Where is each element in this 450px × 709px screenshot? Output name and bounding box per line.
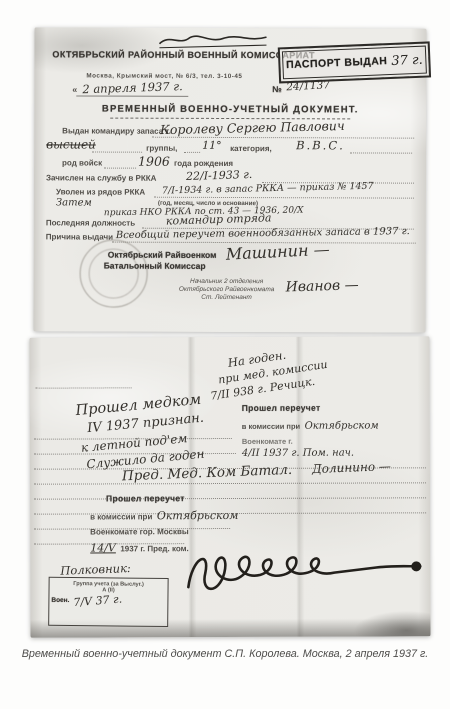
issued-label: Выдан командиру запаса т. (62, 126, 171, 135)
number-sign: № (272, 84, 282, 94)
commissar-signature: Машинин — (225, 240, 330, 264)
dotted-leader (36, 387, 132, 388)
position-value: командир отряда (166, 211, 272, 227)
birth-year: 1906 (138, 154, 170, 169)
acct-stamp-line-3: Воен. (51, 597, 69, 604)
clerk-title-3: Ст. Лейтенант (164, 294, 290, 302)
discharged-value: 7/I-1934 г. в запас РККА — приказ № 1457 (162, 181, 374, 197)
recount1-line2: в комиссии при (242, 422, 300, 431)
dotted-leader (152, 137, 414, 139)
signature-flourish (180, 534, 430, 607)
recount2-date: 1937 г. Пред. ком. (120, 544, 188, 553)
passport-stamp-text: ПАСПОРТ ВЫДАН (286, 55, 388, 71)
position-label: Последняя должность (46, 218, 135, 227)
date-underline (76, 95, 188, 96)
photo-caption: Временный военно-учетный документ С.П. К… (0, 648, 450, 660)
passport-stamp: ПАСПОРТ ВЫДАН 37 г. (278, 41, 431, 83)
commissar-title: Октябрьский Райвоенком (108, 250, 217, 260)
category-value: 11° (202, 139, 222, 152)
recount2-date-hand: 14/V (90, 541, 116, 554)
number-handwritten: 24/1137 (286, 79, 330, 93)
ink-scribble (154, 32, 274, 50)
enlisted-label: Зачислен на службу в РККА (46, 173, 156, 182)
acct-stamp-hand: 7/V 37 г. (73, 592, 123, 609)
document-front: ОКТЯБРЬСКИЙ РАЙОННЫЙ ВОЕННЫЙ КОМИССАРИАТ… (33, 27, 426, 332)
troops-label: род войск (62, 158, 102, 167)
recount1-line3: Военкомате г. (242, 436, 391, 446)
recount2-title: Прошел переучет (106, 493, 238, 503)
recount-block-1: Прошел переучет в комиссии при Октябрьск… (242, 402, 391, 475)
document-title: ВРЕМЕННЫЙ ВОЕННО-УЧЕТНЫЙ ДОКУМЕНТ. (34, 103, 426, 115)
birth-label: года рождения (174, 159, 233, 168)
commissariat-header: ОКТЯБРЬСКИЙ РАЙОННЫЙ ВОЕННЫЙ КОМИССАРИАТ (52, 49, 315, 60)
medical-note: Прошел медком IV 1937 признан. к летной … (75, 392, 208, 472)
accounting-stamp: Группа учета (за Выслуг.) А (II) Воен. 7… (48, 577, 169, 627)
clerk-signature: Иванов — (285, 277, 358, 295)
dotted-leader (92, 152, 142, 153)
dotted-leader (34, 482, 426, 484)
issued-value: Королеву Сергею Павлович (160, 118, 345, 137)
group-label: группы, (146, 144, 177, 153)
clerk-title-2: Октябрьского Райвоенкомата (164, 286, 290, 294)
dotted-leader (184, 152, 200, 153)
document-back: На годен. при мед. комиссии 7/II 938 г. … (29, 336, 430, 637)
passport-stamp-year: 37 г. (391, 52, 423, 68)
recount1-line2-hand: Октябрьском (305, 420, 379, 431)
recount1-title: Прошел переучет (242, 402, 391, 413)
enlisted-value: 22/I-1933 г. (186, 168, 253, 183)
recount2-line2: в комиссии при (90, 512, 152, 521)
fitness-note: На годен. при мед. комиссии 7/II 938 г. … (227, 342, 330, 400)
commissar-rank: Батальонный Комиссар (104, 261, 206, 271)
dotted-leader (154, 197, 414, 199)
date-handwritten: 2 апреля 1937 г. (82, 79, 183, 96)
discharged-label: Уволен из рядов РККА (56, 187, 145, 196)
dotted-leader (350, 152, 412, 153)
recount1-date: 4/II 1937 г. Пом. нач. (242, 447, 391, 459)
service-value: В.В.С. (296, 138, 345, 152)
clerk-title-block: Начальник 2 отделения Октябрьского Райво… (164, 278, 290, 302)
category-label: категория, (230, 144, 272, 153)
group-hand: высшей (46, 137, 96, 151)
book-page: ОКТЯБРЬСКИЙ РАЙОННЫЙ ВОЕННЫЙ КОМИССАРИАТ… (0, 0, 450, 709)
date-quote: « (72, 84, 77, 94)
dotted-leader (104, 168, 136, 169)
recount2-line2-hand: Октябрьском (157, 509, 239, 522)
discharged-hand1: Затем (56, 197, 92, 208)
